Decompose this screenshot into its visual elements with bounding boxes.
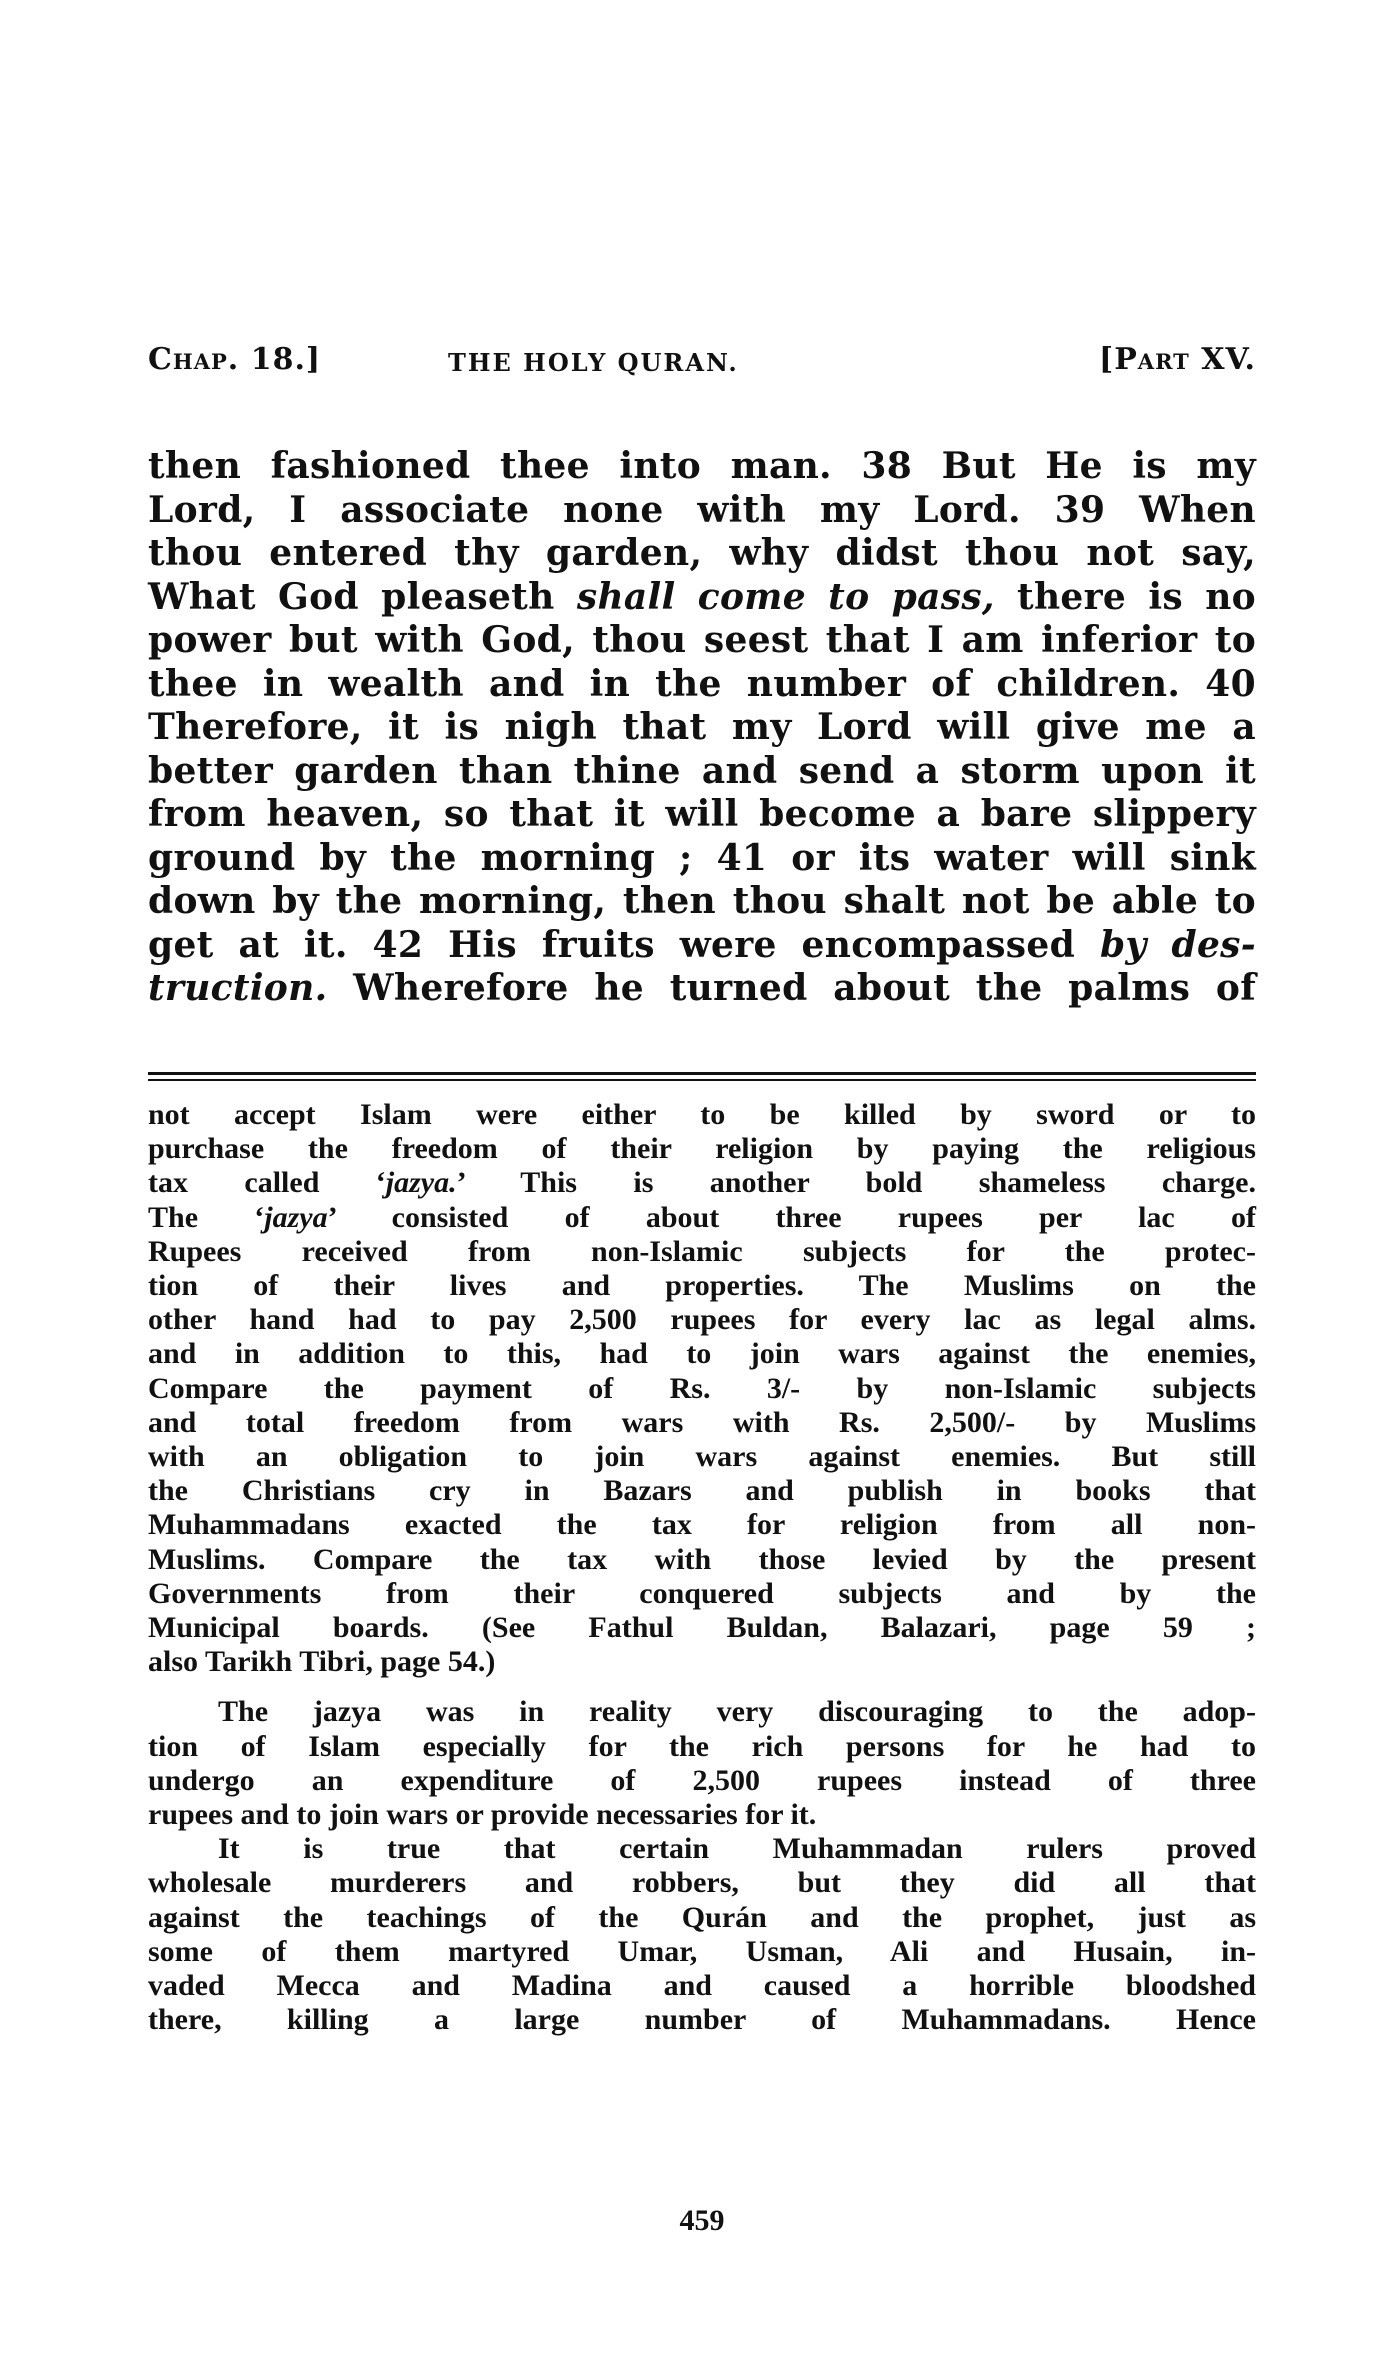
text-line: down by the morning, then thou shalt not…: [148, 880, 1256, 924]
italic-term: jazya: [264, 1201, 327, 1234]
text-line: truction. Wherefore he turned about the …: [148, 967, 1256, 1011]
footnote-line: tion of Islam especially for the rich pe…: [148, 1730, 1256, 1764]
footnote-line: tax called ‘jazya.’ This is another bold…: [148, 1166, 1256, 1200]
footnote-line: Municipal boards. (See Fathul Buldan, Ba…: [148, 1611, 1256, 1645]
footnote-line: The jazya was in reality very discouragi…: [148, 1695, 1256, 1729]
footnote-paragraph-3: It is true that certain Muhammadan ruler…: [148, 1832, 1256, 2037]
footnote-line: not accept Islam were either to be kille…: [148, 1098, 1256, 1132]
text-line: get at it. 42 His fruits were encompasse…: [148, 924, 1256, 968]
footnote-paragraph-1: not accept Islam were either to be kille…: [148, 1098, 1256, 1679]
italic-phrase: truction.: [148, 967, 327, 1009]
text-line: Lord, I associate none with my Lord. 39 …: [148, 489, 1256, 533]
footnote-line: against the teachings of the Qurán and t…: [148, 1901, 1256, 1935]
text-line: then fashioned thee into man. 38 But He …: [148, 445, 1256, 489]
footnote-line: tion of their lives and properties. The …: [148, 1269, 1256, 1303]
footnote-line: also Tarikh Tibri, page 54.): [148, 1645, 1256, 1679]
footnote-line: vaded Mecca and Madina and caused a horr…: [148, 1969, 1256, 2003]
footnote-line: rupees and to join wars or provide neces…: [148, 1798, 1256, 1832]
footnote-line: Compare the payment of Rs. 3/- by non-Is…: [148, 1372, 1256, 1406]
footnote-line: The ‘jazya’ consisted of about three rup…: [148, 1201, 1256, 1235]
text-line: from heaven, so that it will become a ba…: [148, 793, 1256, 837]
part-label: [Part XV.: [1099, 342, 1256, 377]
footnote-line: It is true that certain Muhammadan ruler…: [148, 1832, 1256, 1866]
text-line: Therefore, it is nigh that my Lord will …: [148, 706, 1256, 750]
footnote-line: some of them martyred Umar, Usman, Ali a…: [148, 1935, 1256, 1969]
footnote-line: Rupees received from non-Islamic subject…: [148, 1235, 1256, 1269]
footnote-paragraph-2: The jazya was in reality very discouragi…: [148, 1695, 1256, 1832]
text-line: What God pleaseth shall come to pass, th…: [148, 576, 1256, 620]
footnote-line: Muslims. Compare the tax with those levi…: [148, 1543, 1256, 1577]
footnote-line: with an obligation to join wars against …: [148, 1440, 1256, 1474]
italic-term: jazya.: [386, 1166, 457, 1199]
text-line: ground by the morning ; 41 or its water …: [148, 837, 1256, 881]
page-number: 459: [148, 2204, 1256, 2238]
text-line: thee in wealth and in the number of chil…: [148, 663, 1256, 707]
footnote-line: there, killing a large number of Muhamma…: [148, 2003, 1256, 2037]
text-line: power but with God, thou seest that I am…: [148, 619, 1256, 663]
footnote-line: undergo an expenditure of 2,500 rupees i…: [148, 1764, 1256, 1798]
text-line: better garden than thine and send a stor…: [148, 750, 1256, 794]
footnote-line: Muhammadans exacted the tax for religion…: [148, 1508, 1256, 1542]
text-line: thou entered thy garden, why didst thou …: [148, 532, 1256, 576]
italic-phrase: shall come to pass,: [577, 576, 995, 618]
footnote: not accept Islam were either to be kille…: [148, 1098, 1256, 2037]
footnote-line: purchase the freedom of their religion b…: [148, 1132, 1256, 1166]
footnote-line: the Christians cry in Bazars and publish…: [148, 1474, 1256, 1508]
footnote-line: wholesale murderers and robbers, but the…: [148, 1866, 1256, 1900]
chapter-label: Chap. 18.]: [148, 342, 321, 377]
footnote-separator-rule: [148, 1072, 1256, 1081]
footnote-line: and total freedom from wars with Rs. 2,5…: [148, 1406, 1256, 1440]
footnote-line: Governments from their conquered subject…: [148, 1577, 1256, 1611]
main-text: then fashioned thee into man. 38 But He …: [148, 445, 1256, 1011]
footnote-line: other hand had to pay 2,500 rupees for e…: [148, 1303, 1256, 1337]
footnote-line: and in addition to this, had to join war…: [148, 1337, 1256, 1371]
italic-phrase: by des-: [1100, 924, 1256, 966]
running-header: Chap. 18.] THE HOLY QURAN. [Part XV.: [148, 342, 1256, 382]
book-title: THE HOLY QURAN.: [448, 348, 739, 377]
